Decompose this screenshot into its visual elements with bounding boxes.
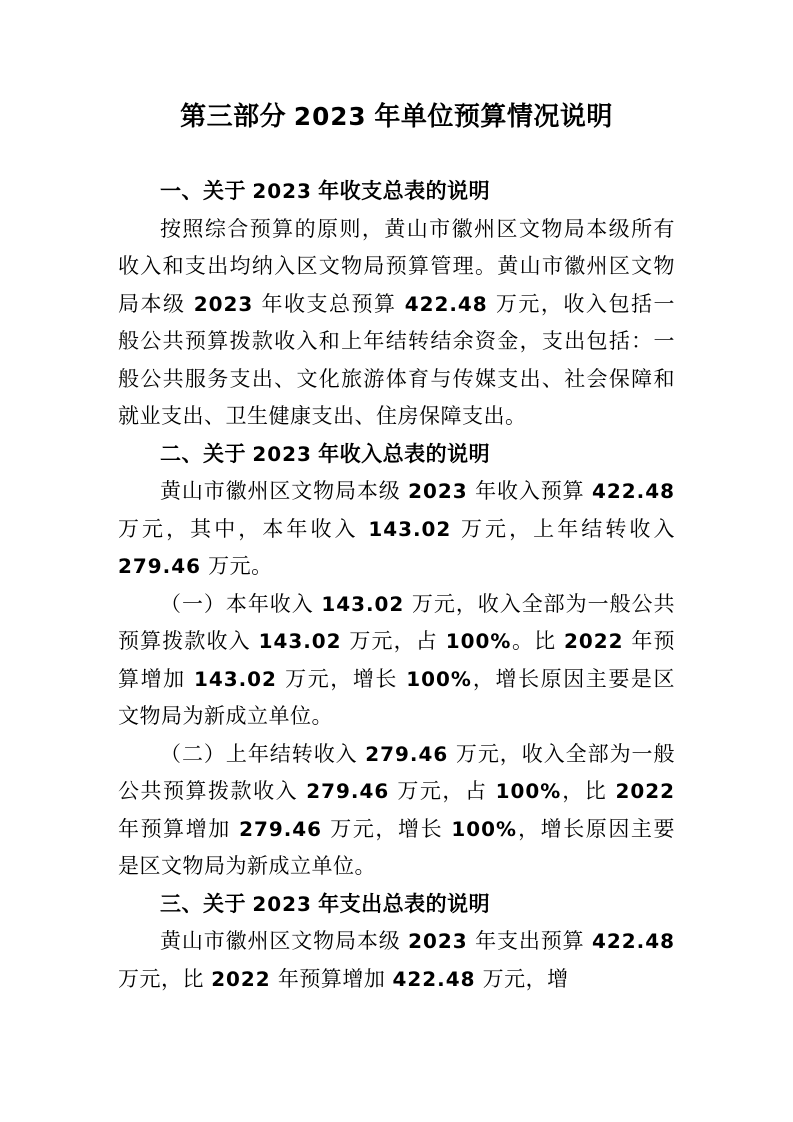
section-heading: 一、关于 2023 年收支总表的说明: [118, 173, 675, 211]
numeral: 143.02: [194, 667, 277, 691]
numeral: 2022: [564, 629, 624, 653]
numeral: 2022: [615, 779, 675, 803]
numeral: 422.48: [592, 479, 675, 503]
numeral: 2022: [211, 967, 271, 991]
numeral: 143.02: [259, 629, 342, 653]
section-heading: 二、关于 2023 年收入总表的说明: [118, 436, 675, 474]
document-page: 第三部分 2023 年单位预算情况说明 一、关于 2023 年收支总表的说明 按…: [0, 0, 793, 1122]
numeral: 279.46: [306, 779, 389, 803]
paragraph: （二）上年结转收入 279.46 万元，收入全部为一般公共预算拨款收入 279.…: [118, 736, 675, 886]
numeral: 422.48: [393, 967, 476, 991]
paragraph: 黄山市徽州区文物局本级 2023 年支出预算 422.48 万元，比 2022 …: [118, 923, 675, 998]
section-income-summary: 二、关于 2023 年收入总表的说明 黄山市徽州区文物局本级 2023 年收入预…: [118, 436, 675, 886]
numeral: 279.46: [118, 554, 201, 578]
paragraph: 按照综合预算的原则，黄山市徽州区文物局本级所有收入和支出均纳入区文物局预算管理。…: [118, 211, 675, 436]
numeral: 2023: [408, 479, 468, 503]
numeral: 279.46: [239, 817, 322, 841]
paragraph: 黄山市徽州区文物局本级 2023 年收入预算 422.48 万元，其中，本年收入…: [118, 473, 675, 586]
numeral: 2023: [252, 179, 312, 203]
numeral: 2023: [252, 892, 312, 916]
numeral: 2023: [408, 929, 468, 953]
numeral: 100%: [496, 779, 562, 803]
numeral: 143.02: [321, 592, 404, 616]
numeral: 143.02: [368, 517, 451, 541]
numeral: 100%: [451, 817, 517, 841]
paragraph: （一）本年收入 143.02 万元，收入全部为一般公共预算拨款收入 143.02…: [118, 586, 675, 736]
numeral: 279.46: [365, 742, 448, 766]
numeral: 2023: [294, 102, 367, 131]
numeral: 2023: [252, 442, 312, 466]
section-heading: 三、关于 2023 年支出总表的说明: [118, 886, 675, 924]
numeral: 2023: [194, 292, 254, 316]
document-content: 第三部分 2023 年单位预算情况说明 一、关于 2023 年收支总表的说明 按…: [118, 96, 675, 998]
section-expense-summary: 三、关于 2023 年支出总表的说明 黄山市徽州区文物局本级 2023 年支出预…: [118, 886, 675, 999]
numeral: 100%: [406, 667, 472, 691]
numeral: 422.48: [405, 292, 488, 316]
numeral: 422.48: [592, 929, 675, 953]
section-income-expense-summary: 一、关于 2023 年收支总表的说明 按照综合预算的原则，黄山市徽州区文物局本级…: [118, 173, 675, 436]
page-title: 第三部分 2023 年单位预算情况说明: [118, 96, 675, 137]
numeral: 100%: [446, 629, 512, 653]
